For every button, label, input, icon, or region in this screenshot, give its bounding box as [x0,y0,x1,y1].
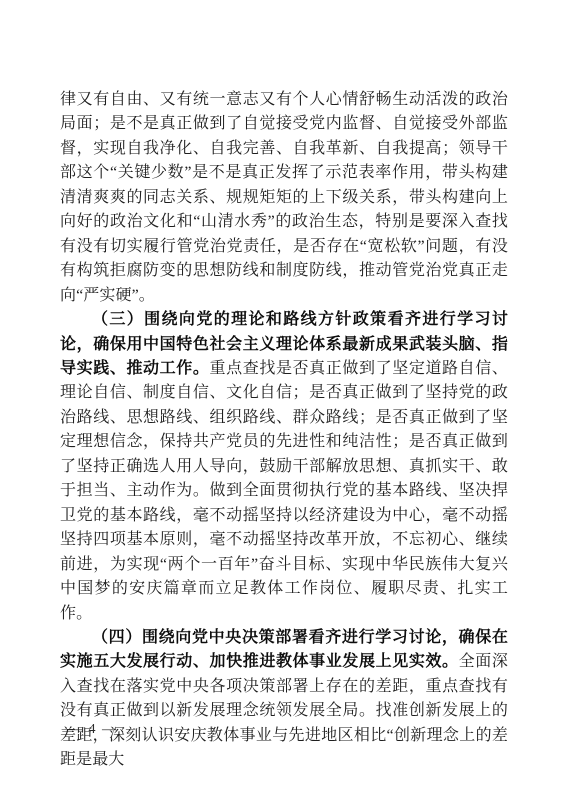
paragraph-section-three: （三）围绕向党的理论和路线方针政策看齐进行学习讨论，确保用中国特色社会主义理论体… [60,308,508,626]
paragraph-continuation: 律又有自由、又有统一意志又有个人心情舒畅生动活泼的政治局面；是不是真正做到了自觉… [60,88,508,308]
paragraph-section-four: （四）围绕向党中央决策部署看齐进行学习讨论，确保在实施五大发展行动、加快推进教体… [60,626,508,773]
document-page: 律又有自由、又有统一意志又有个人心情舒畅生动活泼的政治局面；是不是真正做到了自觉… [0,0,565,800]
paragraph-text: 律又有自由、又有统一意志又有个人心情舒畅生动活泼的政治局面；是不是真正做到了自觉… [60,91,508,304]
document-body: 律又有自由、又有统一意志又有个人心情舒畅生动活泼的政治局面；是不是真正做到了自觉… [60,88,508,773]
section-four-heading: （四）围绕向党中央决策部署看齐进行学习讨论，确保在实施五大发展行动、加快推进教体… [60,629,508,670]
paragraph-text: 重点查找是否真正做到了坚定道路自信、理论自信、制度自信、文化自信；是否真正做到了… [60,360,508,622]
paragraph-text: 全面深入查找在落实党中央各项决策部署上存在的差距，重点查找有没有真正做到以新发展… [60,653,508,768]
page-number: — 4 — [68,722,118,738]
